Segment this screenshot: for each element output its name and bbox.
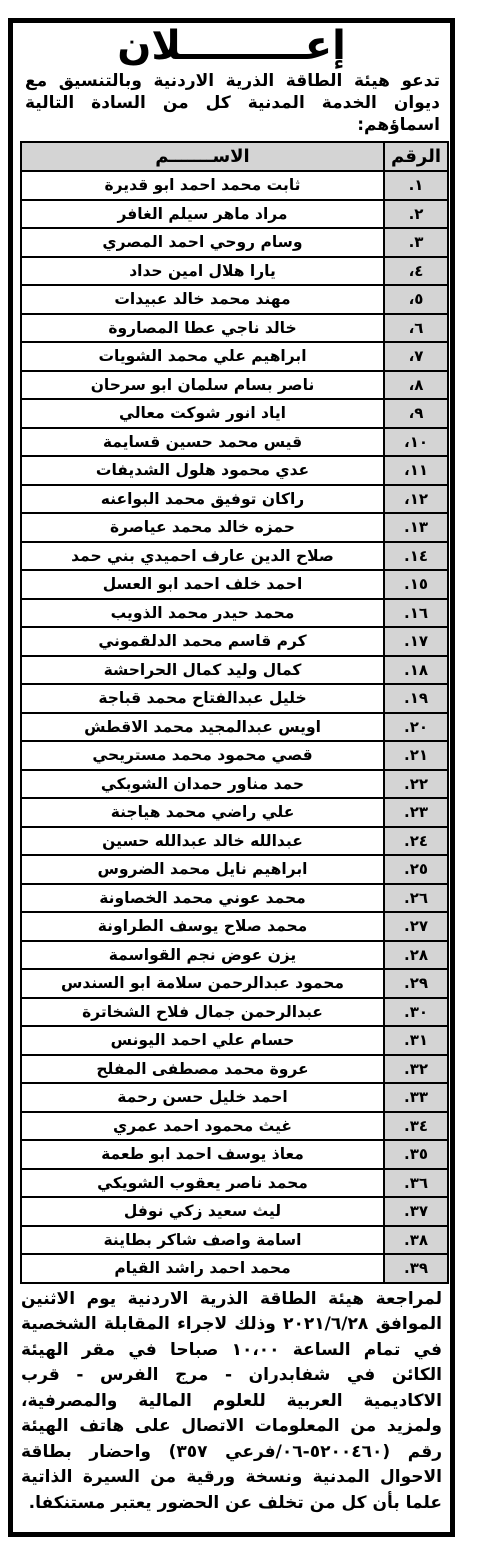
table-row: ٣٩.محمد احمد راشد القيام — [21, 1254, 448, 1283]
table-row: ١٠،قيس محمد حسين قسايمة — [21, 428, 448, 457]
name-cell: كمال وليد كمال الحراحشة — [21, 656, 384, 685]
table-row: ٣١.حسام علي احمد اليونس — [21, 1026, 448, 1055]
name-cell: عبدالرحمن جمال فلاح الشخاترة — [21, 998, 384, 1027]
number-cell: ٢. — [384, 200, 448, 229]
name-cell: ابراهيم علي محمد الشويات — [21, 342, 384, 371]
number-cell: ٧، — [384, 342, 448, 371]
name-cell: كرم قاسم محمد الدلقموني — [21, 627, 384, 656]
name-cell: محمد حيدر محمد الذويب — [21, 599, 384, 628]
table-row: ٩،اياد انور شوكت معالي — [21, 399, 448, 428]
names-table-head: الرقم الاســـــــم — [21, 142, 448, 171]
table-row: ٢٥.ابراهيم نايل محمد الضروس — [21, 855, 448, 884]
number-cell: ٣٣. — [384, 1083, 448, 1112]
number-cell: ٢٠. — [384, 713, 448, 742]
table-row: ٧،ابراهيم علي محمد الشويات — [21, 342, 448, 371]
name-cell: اويس عبدالمجيد محمد الاقطش — [21, 713, 384, 742]
name-cell: مهند محمد خالد عبيدات — [21, 285, 384, 314]
table-row: ٢٠.اويس عبدالمجيد محمد الاقطش — [21, 713, 448, 742]
number-cell: ٣٢. — [384, 1055, 448, 1084]
scanned-announcement: { "announcement": { "title": "إعــــــــ… — [0, 0, 480, 1552]
number-cell: ١٩. — [384, 684, 448, 713]
name-cell: غيث محمود احمد عمري — [21, 1112, 384, 1141]
name-cell: ناصر بسام سلمان ابو سرحان — [21, 371, 384, 400]
name-cell: ابراهيم نايل محمد الضروس — [21, 855, 384, 884]
table-row: ١٢،راكان توفيق محمد البواعنه — [21, 485, 448, 514]
name-cell: راكان توفيق محمد البواعنه — [21, 485, 384, 514]
names-table: الرقم الاســـــــم ١.ثابت محمد احمد ابو … — [20, 141, 449, 1284]
name-cell: معاذ يوسف احمد ابو طعمة — [21, 1140, 384, 1169]
number-cell: ٢٤. — [384, 827, 448, 856]
name-cell: حمد مناور حمدان الشوبكي — [21, 770, 384, 799]
table-row: ٢٦.محمد عوني محمد الخصاونة — [21, 884, 448, 913]
number-cell: ٢٦. — [384, 884, 448, 913]
table-row: ١٧.كرم قاسم محمد الدلقموني — [21, 627, 448, 656]
table-row: ٢٤.عبدالله خالد عبدالله حسين — [21, 827, 448, 856]
number-cell: ١٤. — [384, 542, 448, 571]
number-cell: ٣٦. — [384, 1169, 448, 1198]
table-row: ١١،عدي محمود هلول الشديفات — [21, 456, 448, 485]
number-cell: ٩، — [384, 399, 448, 428]
table-row: ٢١.قصي محمود محمد مستريحي — [21, 741, 448, 770]
announcement-footer: لمراجعة هيئة الطاقة الذرية الاردنية يوم … — [21, 1287, 442, 1517]
number-cell: ١١، — [384, 456, 448, 485]
announcement-title: إعـــــــــلان — [13, 23, 450, 69]
name-cell: حمزه خالد محمد عياصرة — [21, 513, 384, 542]
number-cell: ٣٧. — [384, 1197, 448, 1226]
number-cell: ٢٣. — [384, 798, 448, 827]
name-cell: قيس محمد حسين قسايمة — [21, 428, 384, 457]
table-row: ٢٢.حمد مناور حمدان الشوبكي — [21, 770, 448, 799]
names-table-body: ١.ثابت محمد احمد ابو قديرة٢.مراد ماهر سي… — [21, 171, 448, 1283]
number-cell: ٣٨. — [384, 1226, 448, 1255]
number-cell: ٣١. — [384, 1026, 448, 1055]
name-cell: عدي محمود هلول الشديفات — [21, 456, 384, 485]
name-cell: احمد خليل حسن رحمة — [21, 1083, 384, 1112]
table-row: ٢٨.يزن عوض نجم القواسمة — [21, 941, 448, 970]
number-column-header: الرقم — [384, 142, 448, 171]
table-row: ١٦.محمد حيدر محمد الذويب — [21, 599, 448, 628]
number-cell: ٣٥. — [384, 1140, 448, 1169]
number-cell: ٣٤. — [384, 1112, 448, 1141]
table-row: ٣٤.غيث محمود احمد عمري — [21, 1112, 448, 1141]
table-row: ٣٨.اسامة واصف شاكر بطاينة — [21, 1226, 448, 1255]
name-cell: اياد انور شوكت معالي — [21, 399, 384, 428]
table-row: ٤،يارا هلال امين حداد — [21, 257, 448, 286]
number-cell: ٣٠. — [384, 998, 448, 1027]
number-cell: ١. — [384, 171, 448, 200]
name-cell: وسام روحي احمد المصري — [21, 228, 384, 257]
table-row: ١٨.كمال وليد كمال الحراحشة — [21, 656, 448, 685]
table-row: ٣٥.معاذ يوسف احمد ابو طعمة — [21, 1140, 448, 1169]
number-cell: ٢٥. — [384, 855, 448, 884]
name-cell: يارا هلال امين حداد — [21, 257, 384, 286]
number-cell: ٥، — [384, 285, 448, 314]
name-cell: محمد احمد راشد القيام — [21, 1254, 384, 1283]
name-cell: محمد ناصر يعقوب الشويكي — [21, 1169, 384, 1198]
table-row: ٨،ناصر بسام سلمان ابو سرحان — [21, 371, 448, 400]
number-cell: ١٨. — [384, 656, 448, 685]
number-cell: ٢٩. — [384, 969, 448, 998]
number-cell: ١٠، — [384, 428, 448, 457]
number-cell: ١٣. — [384, 513, 448, 542]
number-cell: ٦، — [384, 314, 448, 343]
number-cell: ٢٧. — [384, 912, 448, 941]
name-cell: مراد ماهر سيلم الغافر — [21, 200, 384, 229]
table-row: ٢٣.علي راضي محمد هياجنة — [21, 798, 448, 827]
name-cell: عبدالله خالد عبدالله حسين — [21, 827, 384, 856]
name-cell: اسامة واصف شاكر بطاينة — [21, 1226, 384, 1255]
name-cell: حسام علي احمد اليونس — [21, 1026, 384, 1055]
table-row: ١٩.خليل عبدالفتاح محمد قباجة — [21, 684, 448, 713]
number-cell: ١٧. — [384, 627, 448, 656]
number-cell: ٨، — [384, 371, 448, 400]
table-row: ١٥.احمد خلف احمد ابو العسل — [21, 570, 448, 599]
table-row: ٣٠.عبدالرحمن جمال فلاح الشخاترة — [21, 998, 448, 1027]
table-row: ٦،خالد ناجي عطا المصاروة — [21, 314, 448, 343]
number-cell: ١٢، — [384, 485, 448, 514]
number-cell: ١٦. — [384, 599, 448, 628]
table-row: ٢.مراد ماهر سيلم الغافر — [21, 200, 448, 229]
table-row: ٣.وسام روحي احمد المصري — [21, 228, 448, 257]
announcement-intro: تدعو هيئة الطاقة الذرية الاردنية وبالتنس… — [25, 70, 440, 136]
table-row: ٢٩.محمود عبدالرحمن سلامة ابو السندس — [21, 969, 448, 998]
name-cell: محمد صلاح يوسف الطراونة — [21, 912, 384, 941]
number-cell: ٣٩. — [384, 1254, 448, 1283]
name-cell: قصي محمود محمد مستريحي — [21, 741, 384, 770]
number-cell: ٢٨. — [384, 941, 448, 970]
table-row: ١.ثابت محمد احمد ابو قديرة — [21, 171, 448, 200]
name-cell: علي راضي محمد هياجنة — [21, 798, 384, 827]
table-row: ٣٧.ليث سعيد زكي نوفل — [21, 1197, 448, 1226]
table-row: ١٣.حمزه خالد محمد عياصرة — [21, 513, 448, 542]
number-cell: ٤، — [384, 257, 448, 286]
name-cell: محمد عوني محمد الخصاونة — [21, 884, 384, 913]
name-cell: ليث سعيد زكي نوفل — [21, 1197, 384, 1226]
table-row: ٣٦.محمد ناصر يعقوب الشويكي — [21, 1169, 448, 1198]
number-cell: ٣. — [384, 228, 448, 257]
name-cell: احمد خلف احمد ابو العسل — [21, 570, 384, 599]
number-cell: ١٥. — [384, 570, 448, 599]
header-row: الرقم الاســـــــم — [21, 142, 448, 171]
table-row: ٣٣.احمد خليل حسن رحمة — [21, 1083, 448, 1112]
table-row: ١٤.صلاح الدين عارف احميدي بني حمد — [21, 542, 448, 571]
name-column-header: الاســـــــم — [21, 142, 384, 171]
announcement-frame: إعـــــــــلان تدعو هيئة الطاقة الذرية ا… — [8, 18, 455, 1537]
name-cell: عروة محمد مصطفى المفلح — [21, 1055, 384, 1084]
name-cell: ثابت محمد احمد ابو قديرة — [21, 171, 384, 200]
name-cell: محمود عبدالرحمن سلامة ابو السندس — [21, 969, 384, 998]
number-cell: ٢١. — [384, 741, 448, 770]
number-cell: ٢٢. — [384, 770, 448, 799]
name-cell: صلاح الدين عارف احميدي بني حمد — [21, 542, 384, 571]
table-row: ٣٢.عروة محمد مصطفى المفلح — [21, 1055, 448, 1084]
name-cell: خالد ناجي عطا المصاروة — [21, 314, 384, 343]
table-row: ٥،مهند محمد خالد عبيدات — [21, 285, 448, 314]
name-cell: يزن عوض نجم القواسمة — [21, 941, 384, 970]
table-row: ٢٧.محمد صلاح يوسف الطراونة — [21, 912, 448, 941]
name-cell: خليل عبدالفتاح محمد قباجة — [21, 684, 384, 713]
